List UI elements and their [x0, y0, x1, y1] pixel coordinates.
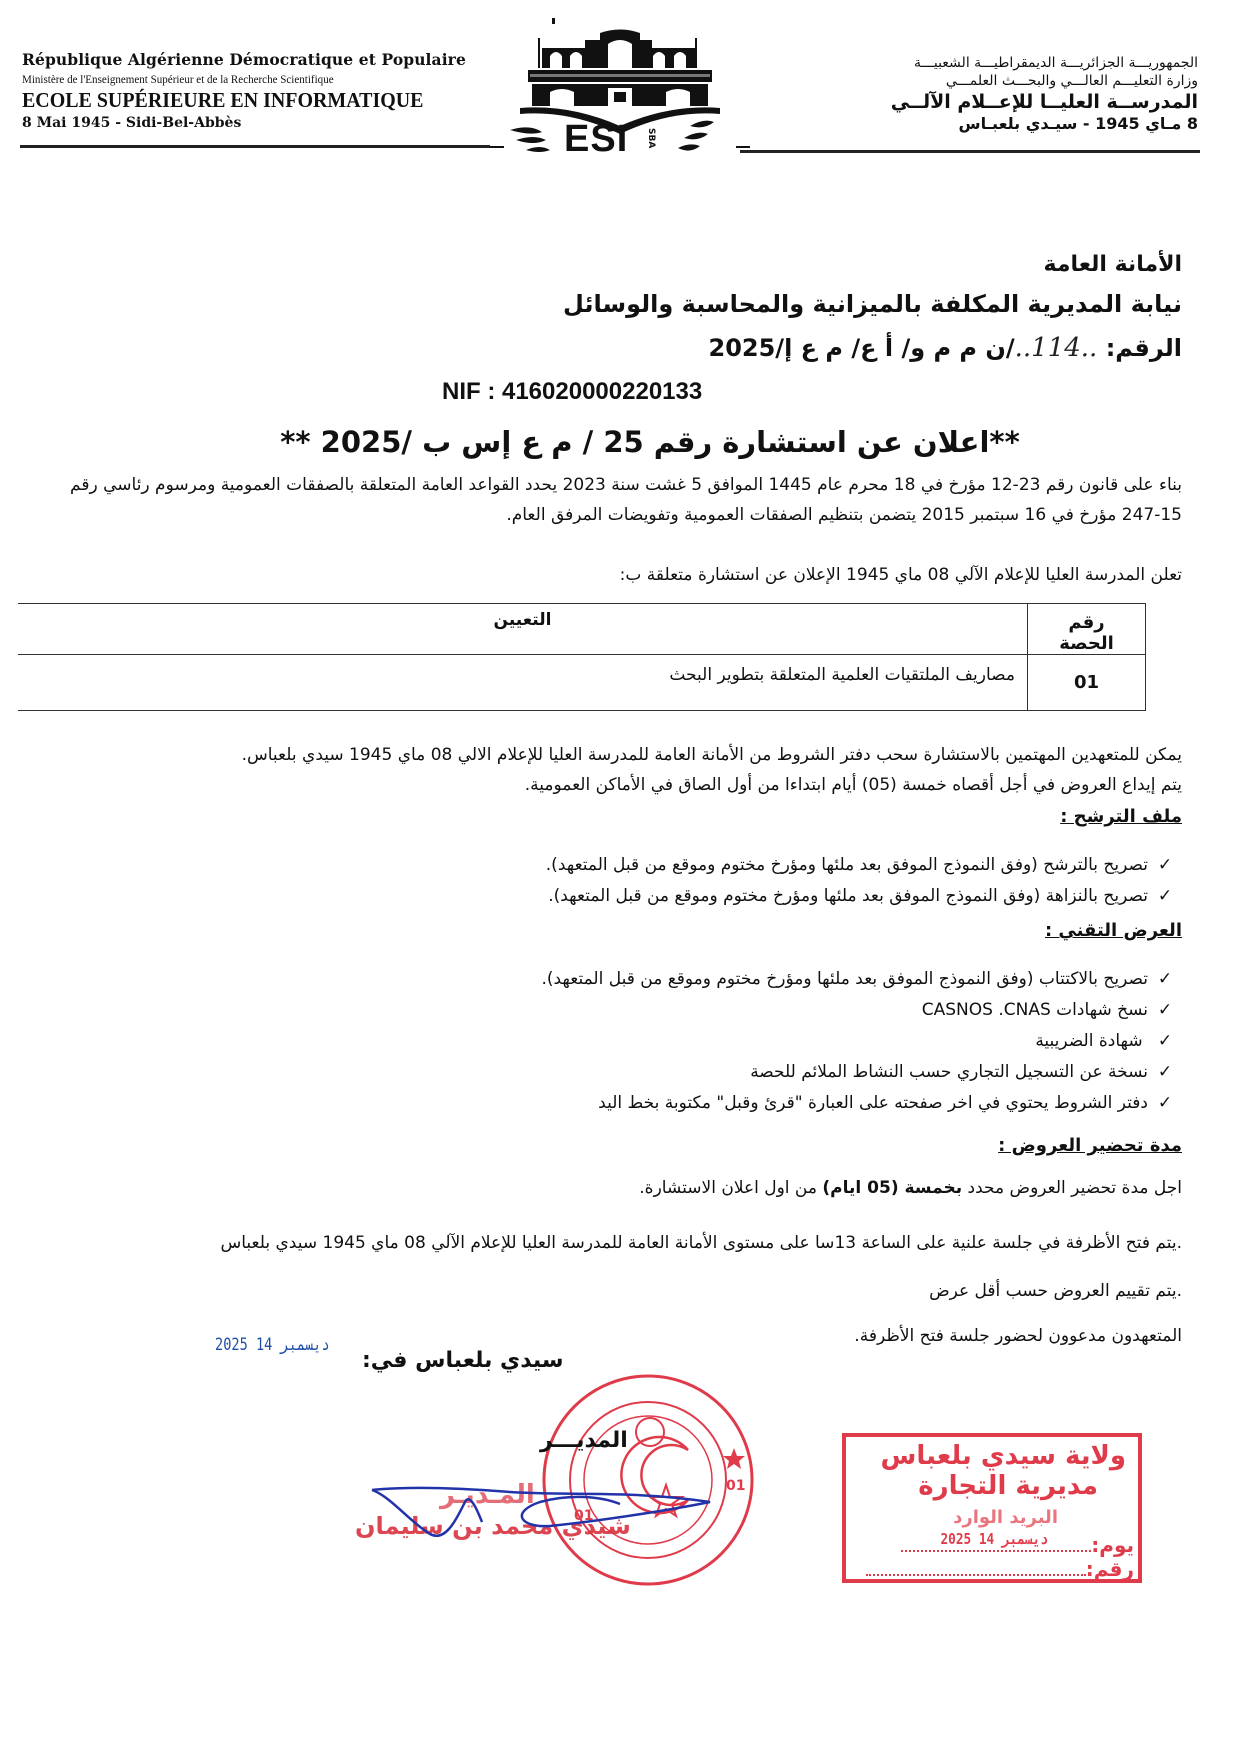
technical-checklist: ✓تصريح بالاكتتاب (وفق النموذج الموفق بعد…: [132, 964, 1182, 1119]
reference-handwritten-number: ..114..: [1015, 333, 1098, 363]
header-fr-ministry: Ministère de l'Enseignement Supérieur et…: [22, 72, 427, 87]
checkmark-icon: ✓: [1148, 1026, 1182, 1057]
header-ar-republic: الجمهوريـــة الجزائريـــة الديمقراطيـــة…: [758, 55, 1198, 71]
reference-number: الرقم: ..114../ن م م و/ أ ع/ م ع إ/2025: [709, 333, 1183, 363]
receipt-stamp-number-row: رقم:: [866, 1557, 1134, 1581]
director-title: المديـــر: [540, 1428, 628, 1453]
receipt-stamp-date-row: يوم:2025 ديسمبر 14: [901, 1533, 1134, 1557]
header-rule-left: [20, 145, 490, 148]
list-item: ✓دفتر الشروط يحتوي في اخر صفحته على العب…: [132, 1088, 1182, 1119]
reference-label: الرقم:: [1106, 334, 1182, 362]
section-heading-technical-offer: العرض التقني :: [1045, 920, 1182, 941]
checkmark-icon: ✓: [1148, 1088, 1182, 1119]
opening-session: .يتم فتح الأظرفة في جلسة علنية على الساع…: [220, 1233, 1182, 1253]
availability-line-2: يتم إيداع العروض في أجل أقصاه خمسة (05) …: [62, 770, 1182, 800]
checkmark-icon: ✓: [1148, 1057, 1182, 1088]
header-fr-republic: République Algérienne Démocratique et Po…: [22, 50, 462, 69]
receipt-date-value: 2025 ديسمبر 14: [941, 1530, 1048, 1548]
header-ar-address: 8 مـاي 1945 - سيـدي بلعبـاس: [758, 114, 1198, 133]
checkmark-icon: ✓: [1148, 964, 1182, 995]
handwritten-signature-icon: [370, 1482, 730, 1557]
announcement-line: تعلن المدرسة العليا للإعلام الآلي 08 ماي…: [62, 560, 1182, 590]
section-heading-candidacy: ملف الترشح :: [1060, 806, 1182, 827]
list-item: ✓تصريح بالترشح (وفق النموذج الموفق بعد م…: [132, 850, 1182, 881]
department-general-secretariat: الأمانة العامة: [1043, 252, 1182, 277]
attendance-invitation: المتعهدون مدعوون لحضور جلسة فتح الأظرفة.: [854, 1326, 1182, 1346]
checkmark-icon: ✓: [1148, 850, 1182, 881]
availability-paragraph: يمكن للمتعهدين المهتمين بالاستشارة سحب د…: [62, 740, 1182, 800]
header-ar-ministry: وزارة التعليـــم العالـــي والبحـــث الع…: [758, 73, 1198, 89]
cell-designation: مصاريف الملتقيات العلمية المتعلقة بتطوير…: [18, 655, 1028, 711]
receipt-number-label: رقم:: [1086, 1557, 1134, 1581]
nif-number: NIF : 416020000220133: [442, 378, 702, 406]
date-stamp: 2025 ديسمبر 14: [215, 1335, 330, 1355]
lots-table: رقم الحصة التعيين 01 مصاريف الملتقيات ال…: [18, 603, 1146, 711]
duration-emphasis: بخمسة (05 ايام): [822, 1178, 962, 1198]
availability-line-1: يمكن للمتعهدين المهتمين بالاستشارة سحب د…: [62, 740, 1182, 770]
preparation-duration: اجل مدة تحضير العروض محدد بخمسة (05 ايام…: [639, 1178, 1182, 1198]
legal-basis-paragraph: بناء على قانون رقم 23-12 مؤرخ في 18 محرم…: [62, 470, 1182, 530]
list-item: ✓تصريح بالنزاهة (وفق النموذج الموفق بعد …: [132, 881, 1182, 912]
header-ar-school: المدرســة العليــا للإعــلام الآلــي: [758, 91, 1198, 113]
header-designation: التعيين: [18, 604, 1028, 655]
evaluation-criterion: .يتم تقييم العروض حسب أقل عرض: [929, 1281, 1182, 1301]
header-french: République Algérienne Démocratique et Po…: [22, 50, 462, 131]
department-sub-directorate: نيابة المديرية المكلفة بالميزانية والمحا…: [563, 290, 1182, 318]
logo-text: ESI: [564, 118, 628, 161]
list-item: ✓تصريح بالاكتتاب (وفق النموذج الموفق بعد…: [132, 964, 1182, 995]
document-title: **اعلان عن استشارة رقم 25 / م ع إس ب /20…: [250, 425, 1050, 459]
candidacy-checklist: ✓تصريح بالترشح (وفق النموذج الموفق بعد م…: [132, 850, 1182, 912]
header-lot-number: رقم الحصة: [1028, 604, 1146, 655]
header-fr-school: ECOLE SUPÉRIEURE EN INFORMATIQUE: [22, 88, 440, 113]
cell-lot-number: 01: [1028, 655, 1146, 711]
list-item: ✓نسخة عن التسجيل التجاري حسب النشاط المل…: [132, 1057, 1182, 1088]
receipt-stamp-wilaya: ولاية سيدي بلعباس: [881, 1441, 1127, 1471]
receipt-date-label: يوم:: [1091, 1533, 1134, 1557]
table-row: 01 مصاريف الملتقيات العلمية المتعلقة بتط…: [18, 655, 1146, 711]
header-fr-address: 8 Mai 1945 - Sidi-Bel-Abbès: [22, 115, 462, 131]
checkmark-icon: ✓: [1148, 995, 1182, 1026]
receipt-stamp-directorate: مديرية التجارة: [918, 1471, 1098, 1501]
receipt-stamp-mail: البريد الوارد: [953, 1507, 1058, 1528]
header-rule-right: [740, 150, 1200, 153]
checkmark-icon: ✓: [1148, 881, 1182, 912]
header-arabic: الجمهوريـــة الجزائريـــة الديمقراطيـــة…: [758, 55, 1198, 133]
table-header-row: رقم الحصة التعيين: [18, 604, 1146, 655]
logo-subtext: SBA: [646, 128, 656, 148]
signature-place: سيدي بلعباس في:: [362, 1348, 564, 1373]
receipt-stamp: ولاية سيدي بلعباس مديرية التجارة البريد …: [842, 1433, 1142, 1583]
section-heading-preparation-period: مدة تحضير العروض :: [998, 1135, 1182, 1156]
official-round-stamp-icon: 01 01: [538, 1370, 758, 1590]
reference-suffix: /ن م م و/ أ ع/ م ع إ/2025: [709, 334, 1015, 362]
list-item: ✓ شهادة الضريبية: [132, 1026, 1182, 1057]
list-item: ✓نسخ شهادات CASNOS .CNAS: [132, 995, 1182, 1026]
